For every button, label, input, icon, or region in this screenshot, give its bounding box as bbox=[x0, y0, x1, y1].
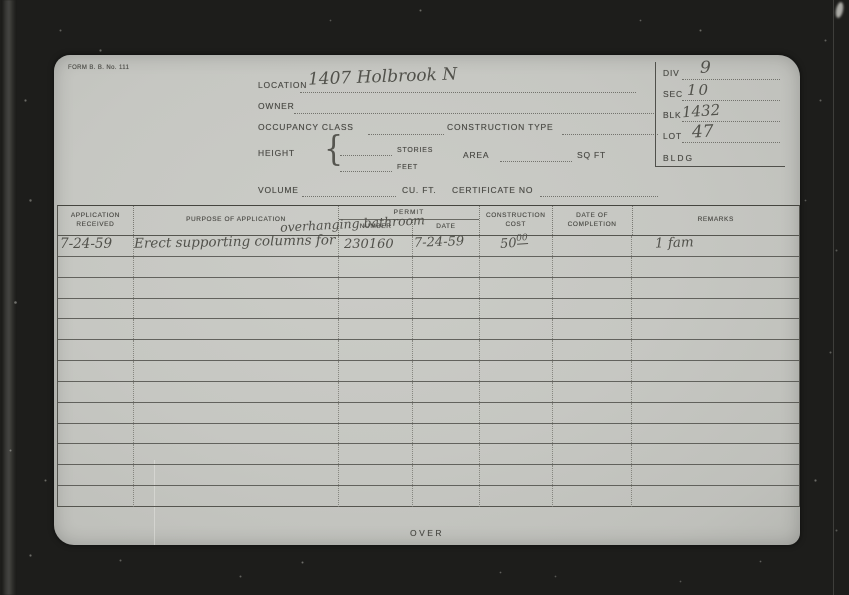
blk-label: BLK bbox=[663, 110, 681, 120]
table-row bbox=[58, 361, 799, 382]
entry-remarks: 1 fam bbox=[655, 234, 694, 251]
card-dust-specks bbox=[0, 0, 1, 1]
table-row bbox=[58, 319, 799, 340]
location-label: LOCATION bbox=[258, 80, 307, 90]
table-row bbox=[58, 340, 799, 361]
permit-card: FORM B. B. No. 111 LOCATION 1407 Holbroo… bbox=[54, 55, 800, 545]
table-body bbox=[58, 236, 799, 507]
location-line bbox=[300, 91, 636, 93]
table-row bbox=[58, 403, 799, 424]
sec-label: SEC bbox=[663, 89, 683, 99]
sec-line bbox=[682, 99, 780, 101]
blk-value: 1432 bbox=[681, 101, 720, 122]
form-number: FORM B. B. No. 111 bbox=[68, 65, 129, 71]
height-label: HEIGHT bbox=[258, 148, 295, 158]
owner-label: OWNER bbox=[258, 101, 295, 111]
table-row bbox=[58, 486, 799, 507]
construction-type-label: CONSTRUCTION TYPE bbox=[447, 122, 553, 132]
div-value: 9 bbox=[700, 58, 711, 78]
table-header-row: APPLICATION RECEIVED PURPOSE OF APPLICAT… bbox=[58, 206, 799, 236]
div-label: DIV bbox=[663, 68, 680, 78]
table-row bbox=[58, 299, 799, 320]
entry-application-received: 7-24-59 bbox=[60, 236, 112, 252]
area-line bbox=[500, 160, 572, 162]
certificate-label: CERTIFICATE NO bbox=[452, 185, 533, 195]
film-scratch-line bbox=[833, 0, 834, 595]
entry-permit-number: 230160 bbox=[344, 237, 394, 252]
parcel-info-box: DIV 9 SEC 10 BLK 1432 LOT 47 BLDG bbox=[655, 62, 785, 167]
table-row bbox=[58, 257, 799, 278]
col-remarks: REMARKS bbox=[633, 206, 799, 235]
cost-cents: 00 bbox=[516, 233, 528, 245]
volume-label: VOLUME bbox=[258, 185, 299, 195]
feet-line bbox=[340, 170, 392, 172]
volume-line bbox=[302, 195, 396, 197]
table-row bbox=[58, 382, 799, 403]
table-row bbox=[58, 424, 799, 445]
film-artifact-blob bbox=[834, 1, 844, 18]
div-line bbox=[682, 78, 780, 80]
over-label: OVER bbox=[54, 528, 800, 538]
film-edge-texture bbox=[2, 0, 16, 595]
location-value: 1407 Holbrook N bbox=[308, 64, 458, 89]
lot-label: LOT bbox=[663, 131, 682, 141]
entry-construction-cost: 5000 bbox=[499, 234, 528, 252]
table-row bbox=[58, 465, 799, 486]
col-date-completion: DATE OF COMPLETION bbox=[553, 206, 633, 235]
entry-permit-date: 7-24-59 bbox=[414, 234, 465, 251]
cuft-label: CU. FT. bbox=[402, 185, 436, 195]
stories-label: STORIES bbox=[397, 147, 433, 154]
sqft-label: SQ FT bbox=[577, 150, 606, 160]
col-application-received: APPLICATION RECEIVED bbox=[58, 206, 134, 235]
certificate-line bbox=[540, 195, 658, 197]
owner-line bbox=[294, 112, 656, 114]
feet-label: FEET bbox=[397, 164, 418, 171]
lot-value: 47 bbox=[691, 121, 714, 142]
occupancy-class-line bbox=[368, 133, 444, 135]
construction-type-line bbox=[562, 133, 658, 135]
bldg-label: BLDG bbox=[663, 153, 694, 163]
area-label: AREA bbox=[463, 150, 489, 160]
col-construction-cost: CONSTRUCTION COST bbox=[480, 206, 553, 235]
table-row bbox=[58, 444, 799, 465]
height-brace: { bbox=[324, 133, 343, 168]
stories-line bbox=[340, 154, 392, 156]
sec-value: 10 bbox=[687, 81, 710, 99]
table-row bbox=[58, 278, 799, 299]
